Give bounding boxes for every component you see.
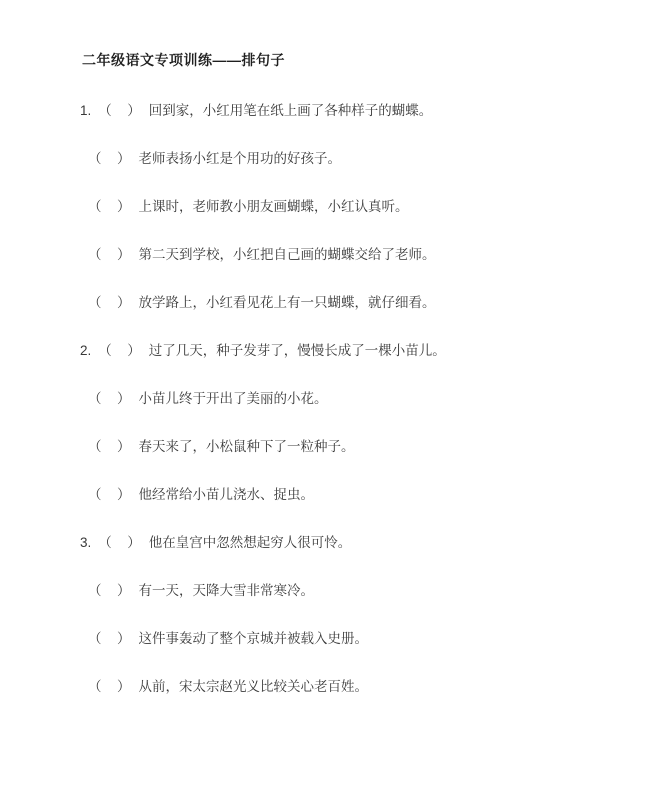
sentence-text: 春天来了，小松鼠种下了一粒种子。	[139, 439, 355, 455]
sentence-text: 从前，宋太宗赵光义比较关心老百姓。	[139, 679, 369, 695]
sentence-text: 这件事轰动了整个京城并被载入史册。	[139, 631, 369, 647]
sentence-text: 有一天，天降大雪非常寒冷。	[139, 583, 315, 599]
answer-blank: （ ）	[88, 487, 132, 503]
answer-blank: （ ）	[88, 391, 132, 407]
exercise-line: 3.（ ）他在皇宫中忽然想起穷人很可怜。	[80, 535, 610, 551]
exercise-line: （ ）这件事轰动了整个京城并被载入史册。	[80, 631, 610, 647]
exercise-line: 2.（ ）过了几天，种子发芽了，慢慢长成了一棵小苗儿。	[80, 343, 610, 359]
exercise-line: （ ）有一天，天降大雪非常寒冷。	[80, 583, 610, 599]
sentence-text: 他在皇宫中忽然想起穷人很可怜。	[149, 535, 352, 551]
exercise-line: （ ）春天来了，小松鼠种下了一粒种子。	[80, 439, 610, 455]
item-number: 1.	[80, 103, 91, 119]
answer-blank: （ ）	[98, 343, 142, 359]
answer-blank: （ ）	[98, 535, 142, 551]
item-number: 3.	[80, 535, 91, 551]
exercise-line: （ ）第二天到学校，小红把自己画的蝴蝶交给了老师。	[80, 247, 610, 263]
sentence-text: 他经常给小苗儿浇水、捉虫。	[139, 487, 315, 503]
answer-blank: （ ）	[88, 247, 132, 263]
answer-blank: （ ）	[88, 151, 132, 167]
answer-blank: （ ）	[88, 631, 132, 647]
answer-blank: （ ）	[88, 679, 132, 695]
exercise-line: （ ）他经常给小苗儿浇水、捉虫。	[80, 487, 610, 503]
item-number: 2.	[80, 343, 91, 359]
exercise-line: （ ）从前，宋太宗赵光义比较关心老百姓。	[80, 679, 610, 695]
worksheet-title: 二年级语文专项训练——排句子	[82, 52, 610, 68]
answer-blank: （ ）	[88, 295, 132, 311]
sentence-text: 放学路上，小红看见花上有一只蝴蝶，就仔细看。	[139, 295, 436, 311]
sentence-text: 小苗儿终于开出了美丽的小花。	[139, 391, 328, 407]
exercise-line: 1.（ ）回到家，小红用笔在纸上画了各种样子的蝴蝶。	[80, 103, 610, 119]
sentence-text: 老师表扬小红是个用功的好孩子。	[139, 151, 342, 167]
exercise-line: （ ）放学路上，小红看见花上有一只蝴蝶，就仔细看。	[80, 295, 610, 311]
answer-blank: （ ）	[88, 583, 132, 599]
exercise-line: （ ）小苗儿终于开出了美丽的小花。	[80, 391, 610, 407]
exercise-line: （ ）上课时，老师教小朋友画蝴蝶，小红认真听。	[80, 199, 610, 215]
answer-blank: （ ）	[88, 439, 132, 455]
worksheet-page: 二年级语文专项训练——排句子 1.（ ）回到家，小红用笔在纸上画了各种样子的蝴蝶…	[0, 0, 660, 785]
sentence-text: 第二天到学校，小红把自己画的蝴蝶交给了老师。	[139, 247, 436, 263]
exercise-line: （ ）老师表扬小红是个用功的好孩子。	[80, 151, 610, 167]
sentence-text: 回到家，小红用笔在纸上画了各种样子的蝴蝶。	[149, 103, 433, 119]
sentence-text: 上课时，老师教小朋友画蝴蝶，小红认真听。	[139, 199, 409, 215]
answer-blank: （ ）	[88, 199, 132, 215]
sentence-text: 过了几天，种子发芽了，慢慢长成了一棵小苗儿。	[149, 343, 446, 359]
answer-blank: （ ）	[98, 103, 142, 119]
